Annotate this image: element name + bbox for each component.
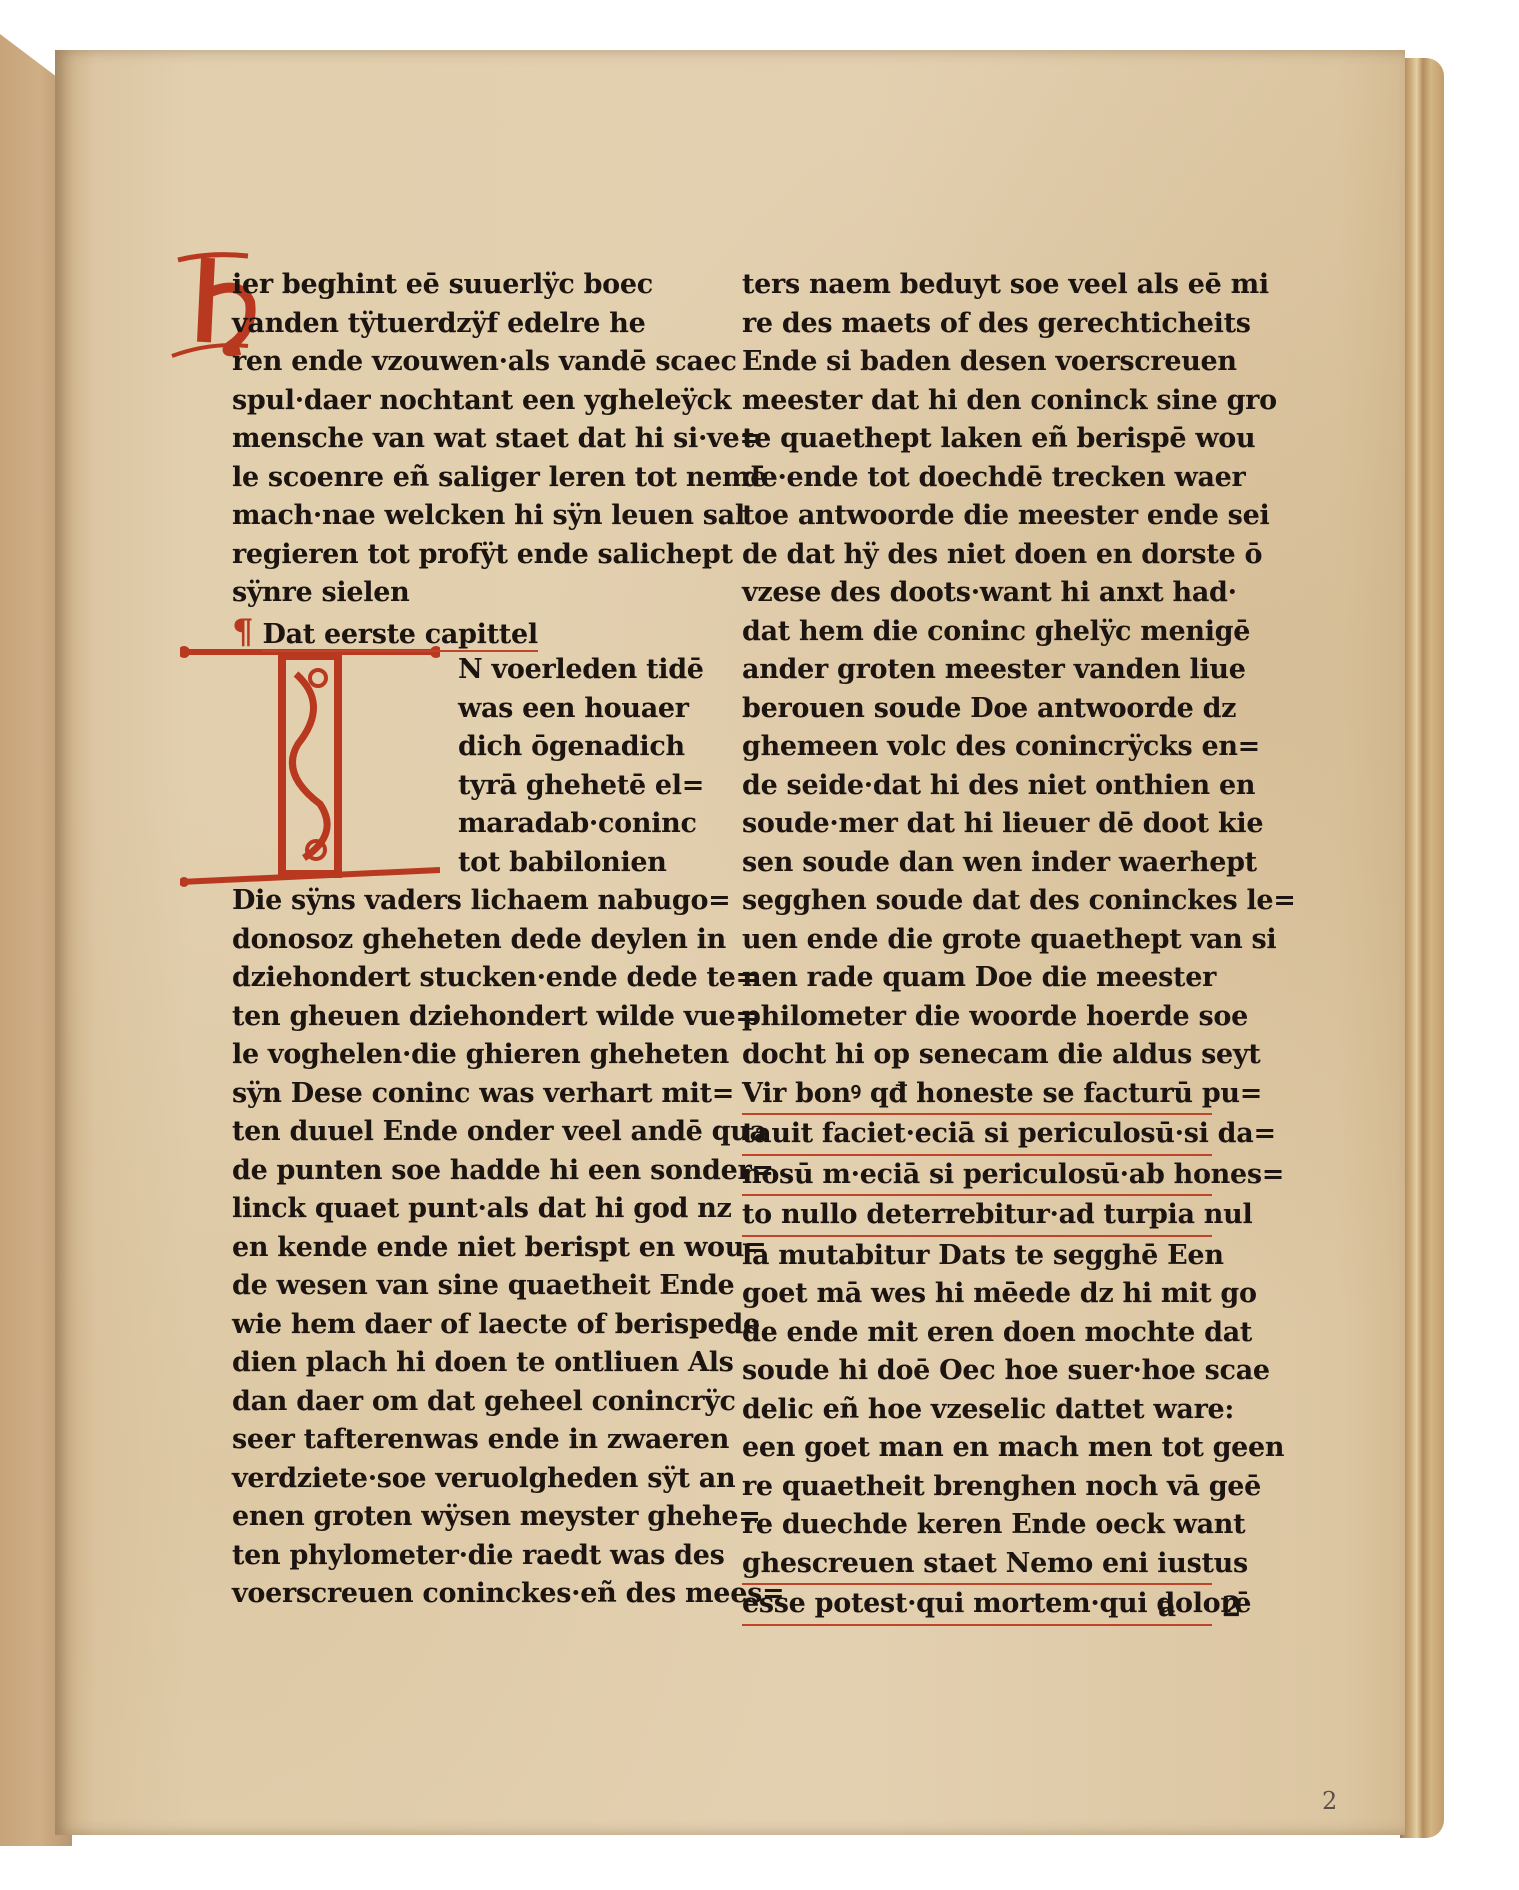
text-line: te quaethept laken eñ berispē wou xyxy=(742,420,1212,459)
signature-mark: a 2 xyxy=(1158,1590,1259,1623)
text-line: sÿn Dese coninc was verhart mit= xyxy=(232,1075,700,1114)
text-line: spul·daer nochtant een ygheleÿck xyxy=(232,382,700,421)
text-line: docht hi op senecam die aldus seyt xyxy=(742,1036,1212,1075)
chapter-heading: ¶ Dat eerste capittel xyxy=(232,613,700,652)
text-line: ander groten meester vanden liue xyxy=(742,651,1212,690)
latin-quote-line: Vir bonꝰ qđ honeste se facturū pu= xyxy=(742,1075,1212,1116)
latin-quote-line: nosū m·eciā si periculosū·ab hones= xyxy=(742,1156,1212,1197)
text-line: le scoenre eñ saliger leren tot nemē xyxy=(232,459,700,498)
text-line: mensche van wat staet dat hi si·ve= xyxy=(232,420,700,459)
text-line: sen soude dan wen inder waerhept xyxy=(742,844,1212,883)
text-line: dich ōgenadich xyxy=(232,728,700,767)
text-line: soude·mer dat hi lieuer dē doot kie xyxy=(742,805,1212,844)
chapter-heading-text: Dat eerste capittel xyxy=(262,619,537,652)
text-line: Ende si baden desen voerscreuen xyxy=(742,343,1212,382)
text-line: uen ende die grote quaethept van si xyxy=(742,921,1212,960)
text-line: dziehondert stucken·ende dede te= xyxy=(232,959,700,998)
text-line: philometer die woorde hoerde soe xyxy=(742,998,1212,1037)
text-line: mach·nae welcken hi sÿn leuen sal xyxy=(232,497,700,536)
text-line: verdziete·soe veruolgheden sÿt an xyxy=(232,1460,700,1499)
text-line: linck quaet punt·als dat hi god nz xyxy=(232,1190,700,1229)
latin-quote-line: tauit faciet·eciā si periculosū·si da= xyxy=(742,1115,1212,1156)
text-line: re quaetheit brenghen noch vā geē xyxy=(742,1468,1212,1507)
text-line: le voghelen·die ghieren gheheten xyxy=(232,1036,700,1075)
text-line: een goet man en mach men tot geen xyxy=(742,1429,1212,1468)
text-line: N voerleden tidē xyxy=(232,651,700,690)
text-line: segghen soude dat des coninckes le= xyxy=(742,882,1212,921)
latin-quote-line: to nullo deterrebitur·ad turpia nul xyxy=(742,1196,1212,1237)
text-line: regieren tot profÿt ende salichept xyxy=(232,536,700,575)
text-line: vanden tÿtuerdzÿf edelre he xyxy=(232,305,700,344)
text-line: nen rade quam Doe die meester xyxy=(742,959,1212,998)
text-line: vzese des doots·want hi anxt had· xyxy=(742,574,1212,613)
text-line: de dat hÿ des niet doen en dorste ō xyxy=(742,536,1212,575)
text-column-left: ier beghint eē suuerlÿc boec vanden tÿtu… xyxy=(232,266,700,1614)
text-line: Die sÿns vaders lichaem nabugo= xyxy=(232,882,700,921)
text-line: de ende mit eren doen mochte dat xyxy=(742,1314,1212,1353)
text-line: ghemeen volc des conincrÿcks en= xyxy=(742,728,1212,767)
pencil-folio-number: 2 xyxy=(1322,1787,1337,1815)
text-line: meester dat hi den coninck sine gro xyxy=(742,382,1212,421)
text-line: tot babilonien xyxy=(232,844,700,883)
text-line: delic eñ hoe vzeselic dattet ware: xyxy=(742,1391,1212,1430)
text-line: de seide·dat hi des niet onthien en xyxy=(742,767,1212,806)
text-line: de punten soe hadde hi een sonder= xyxy=(232,1152,700,1191)
pilcrow-icon: ¶ xyxy=(232,612,253,652)
text-line: soude hi doē Oec hoe suer·hoe scae xyxy=(742,1352,1212,1391)
text-line: re des maets of des gerechticheits xyxy=(742,305,1212,344)
text-line: dan daer om dat geheel conincrÿc xyxy=(232,1383,700,1422)
text-line: ten duuel Ende onder veel andē qua xyxy=(232,1113,700,1152)
text-line: donosoz gheheten dede deylen in xyxy=(232,921,700,960)
text-line: tyrā ghehetē el= xyxy=(232,767,700,806)
book-fore-edge xyxy=(1400,58,1444,1838)
latin-quote-line: esse potest·qui mortem·qui dolorē xyxy=(742,1585,1212,1626)
text-line: enen groten wÿsen meyster ghehe= xyxy=(232,1498,700,1537)
text-line: en kende ende niet berispt en wou= xyxy=(232,1229,700,1268)
text-line: berouen soude Doe antwoorde dz xyxy=(742,690,1212,729)
text-line: de·ende tot doechdē trecken waer xyxy=(742,459,1212,498)
text-line: maradab·coninc xyxy=(232,805,700,844)
text-line: la mutabitur Dats te segghē Een xyxy=(742,1237,1212,1276)
text-line: de wesen van sine quaetheit Ende xyxy=(232,1267,700,1306)
latin-quote-line: ghescreuen staet Nemo eni iustus xyxy=(742,1545,1212,1586)
text-line: dien plach hi doen te ontliuen Als xyxy=(232,1344,700,1383)
text-line: dat hem die coninc ghelÿc menigē xyxy=(742,613,1212,652)
text-line: ren ende vzouwen·als vandē scaec xyxy=(232,343,700,382)
text-line: toe antwoorde die meester ende sei xyxy=(742,497,1212,536)
text-line: ters naem beduyt soe veel als eē mi xyxy=(742,266,1212,305)
text-line: ten gheuen dziehondert wilde vue= xyxy=(232,998,700,1037)
text-line: re duechde keren Ende oeck want xyxy=(742,1506,1212,1545)
text-column-right: ters naem beduyt soe veel als eē mi re d… xyxy=(742,266,1212,1626)
text-line: wie hem daer of laecte of berispede xyxy=(232,1306,700,1345)
text-line: ten phylometer·die raedt was des xyxy=(232,1537,700,1576)
text-line: goet mā wes hi mēede dz hi mit go xyxy=(742,1275,1212,1314)
text-line: ier beghint eē suuerlÿc boec xyxy=(232,266,700,305)
text-line: was een houaer xyxy=(232,690,700,729)
book-spread: ier beghint eē suuerlÿc boec vanden tÿtu… xyxy=(0,0,1519,1890)
text-line: seer tafterenwas ende in zwaeren xyxy=(232,1421,700,1460)
text-line: sÿnre sielen xyxy=(232,574,700,613)
text-line: voerscreuen coninckes·eñ des mees= xyxy=(232,1575,700,1614)
